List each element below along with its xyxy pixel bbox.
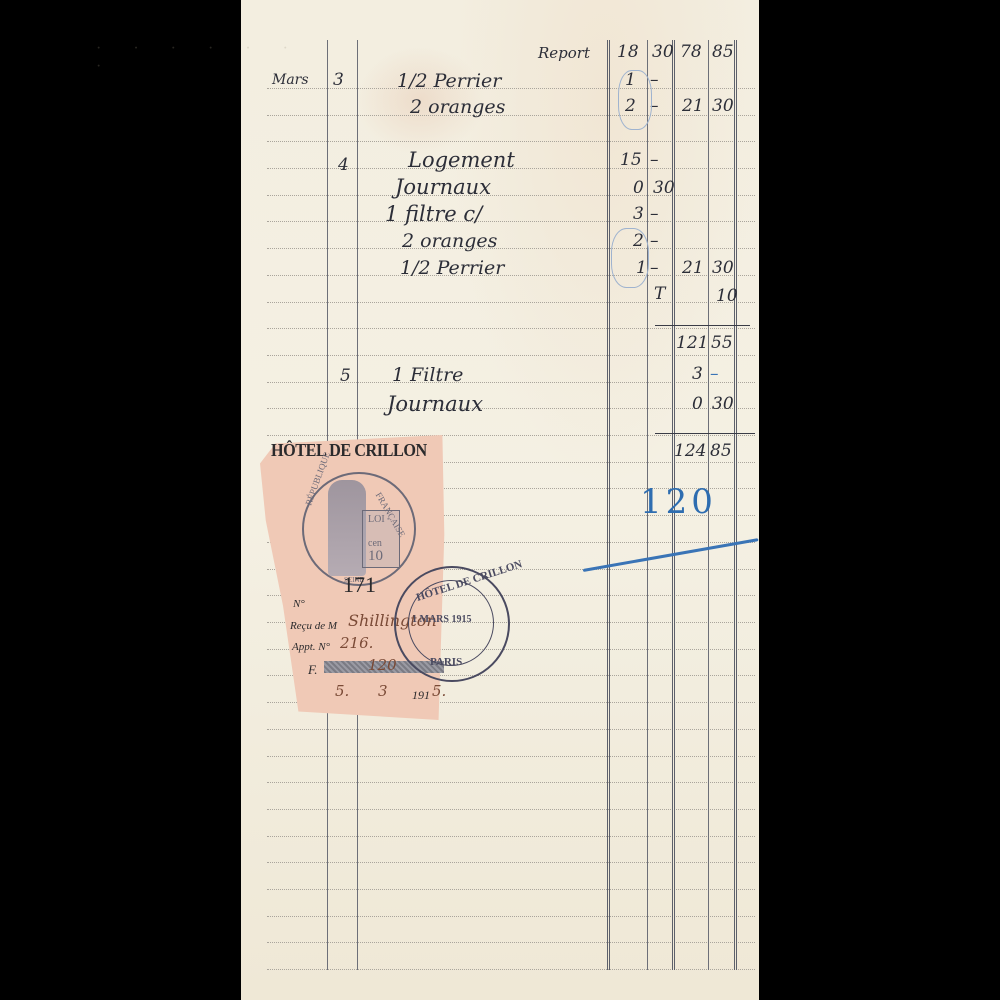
subtotal-francs: 21 — [682, 96, 704, 116]
ruled-line — [267, 916, 755, 917]
ruled-line — [267, 328, 755, 329]
report-total-cents: 85 — [712, 42, 734, 62]
item-cents: – — [650, 258, 659, 278]
item-cents: 30 — [653, 178, 675, 198]
date-year-prefix: 191 — [412, 688, 430, 703]
pencil-circle-mark — [618, 70, 652, 130]
apartment-label: Appt. N° — [292, 641, 330, 653]
ruled-line — [267, 889, 755, 890]
item-francs: 3 — [633, 204, 644, 224]
date-day: 5. — [335, 682, 349, 700]
item-label: Journaux — [387, 392, 483, 416]
column-line-right — [734, 40, 737, 970]
ruled-line — [267, 435, 755, 436]
seal-value: 10 — [368, 548, 383, 565]
report-label: Report — [538, 44, 590, 62]
report-total-francs: 78 — [680, 42, 702, 62]
subtotal-francs: 3 — [692, 364, 703, 384]
seal-justice-figure — [328, 480, 366, 576]
ruled-line — [267, 969, 755, 970]
receipt-no-label: N° — [293, 598, 305, 610]
tax-mark: T — [654, 284, 665, 304]
item-label: 2 oranges — [402, 230, 497, 252]
ruled-line — [267, 729, 755, 730]
date-year-suffix: 5. — [432, 682, 446, 700]
day-4: 4 — [338, 155, 349, 175]
item-label: 1 filtre c/ — [385, 202, 482, 226]
ruled-line — [267, 302, 755, 303]
ruled-line — [267, 782, 755, 783]
amount-label: F. — [308, 662, 318, 678]
apartment-value: 216. — [340, 634, 373, 652]
day-3: 3 — [333, 70, 344, 90]
item-label: 2 oranges — [410, 96, 505, 118]
ruled-line — [267, 141, 755, 142]
pencil-circle-mark — [611, 228, 649, 288]
subtotal-cents: 30 — [712, 394, 734, 414]
ruled-line — [267, 248, 755, 249]
postmark-bottom-text: PARIS — [430, 656, 462, 668]
ruled-line — [267, 195, 755, 196]
postmark-date: 1 MARS 1915 — [412, 614, 471, 625]
ruled-line — [267, 756, 755, 757]
item-cents: – — [650, 150, 659, 170]
sum-line — [655, 325, 750, 326]
item-francs: 0 — [633, 178, 644, 198]
month-label: Mars — [272, 72, 309, 88]
item-cents: – — [650, 204, 659, 224]
received-from-label: Reçu de M — [290, 620, 337, 632]
item-label: 1/2 Perrier — [400, 257, 504, 279]
ruled-line — [267, 809, 755, 810]
column-line-francs — [607, 40, 610, 970]
report-francs: 18 — [617, 42, 639, 62]
report-cents: 30 — [652, 42, 674, 62]
blue-pencil-amount: 120 — [640, 482, 717, 522]
ruled-line — [267, 836, 755, 837]
date-month: 3 — [378, 682, 388, 700]
running-total-cents: 55 — [711, 333, 733, 353]
subtotal-cents: – — [710, 364, 719, 384]
running-total-francs: 121 — [676, 333, 708, 353]
sum-line — [655, 433, 755, 434]
grand-total-cents: 85 — [710, 441, 732, 461]
ruled-line — [267, 942, 755, 943]
subtotal-cents: 30 — [712, 258, 734, 278]
day-5: 5 — [340, 366, 351, 386]
tax-cents: 10 — [716, 286, 738, 306]
item-label: 1 Filtre — [392, 364, 463, 386]
item-label: 1/2 Perrier — [397, 70, 501, 92]
receipt-hotel-name: HÔTEL DE CRILLON — [271, 440, 427, 461]
seal-tablet-text: LOI — [368, 514, 385, 525]
subtotal-francs: 0 — [692, 394, 703, 414]
ruled-line — [267, 862, 755, 863]
receipt-number: 171 — [343, 572, 376, 598]
subtotal-cents: 30 — [712, 96, 734, 116]
ruled-line — [267, 408, 755, 409]
grand-total-francs: 124 — [674, 441, 706, 461]
item-label: Journaux — [395, 175, 491, 199]
ruled-line — [267, 221, 755, 222]
item-francs: 15 — [620, 150, 642, 170]
item-cents: – — [650, 231, 659, 251]
subtotal-francs: 21 — [682, 258, 704, 278]
ruled-line — [267, 355, 755, 356]
faint-printed-header: · · · · · · · — [96, 40, 316, 60]
amount-value: 120 — [368, 656, 397, 674]
item-label: Logement — [408, 148, 515, 172]
